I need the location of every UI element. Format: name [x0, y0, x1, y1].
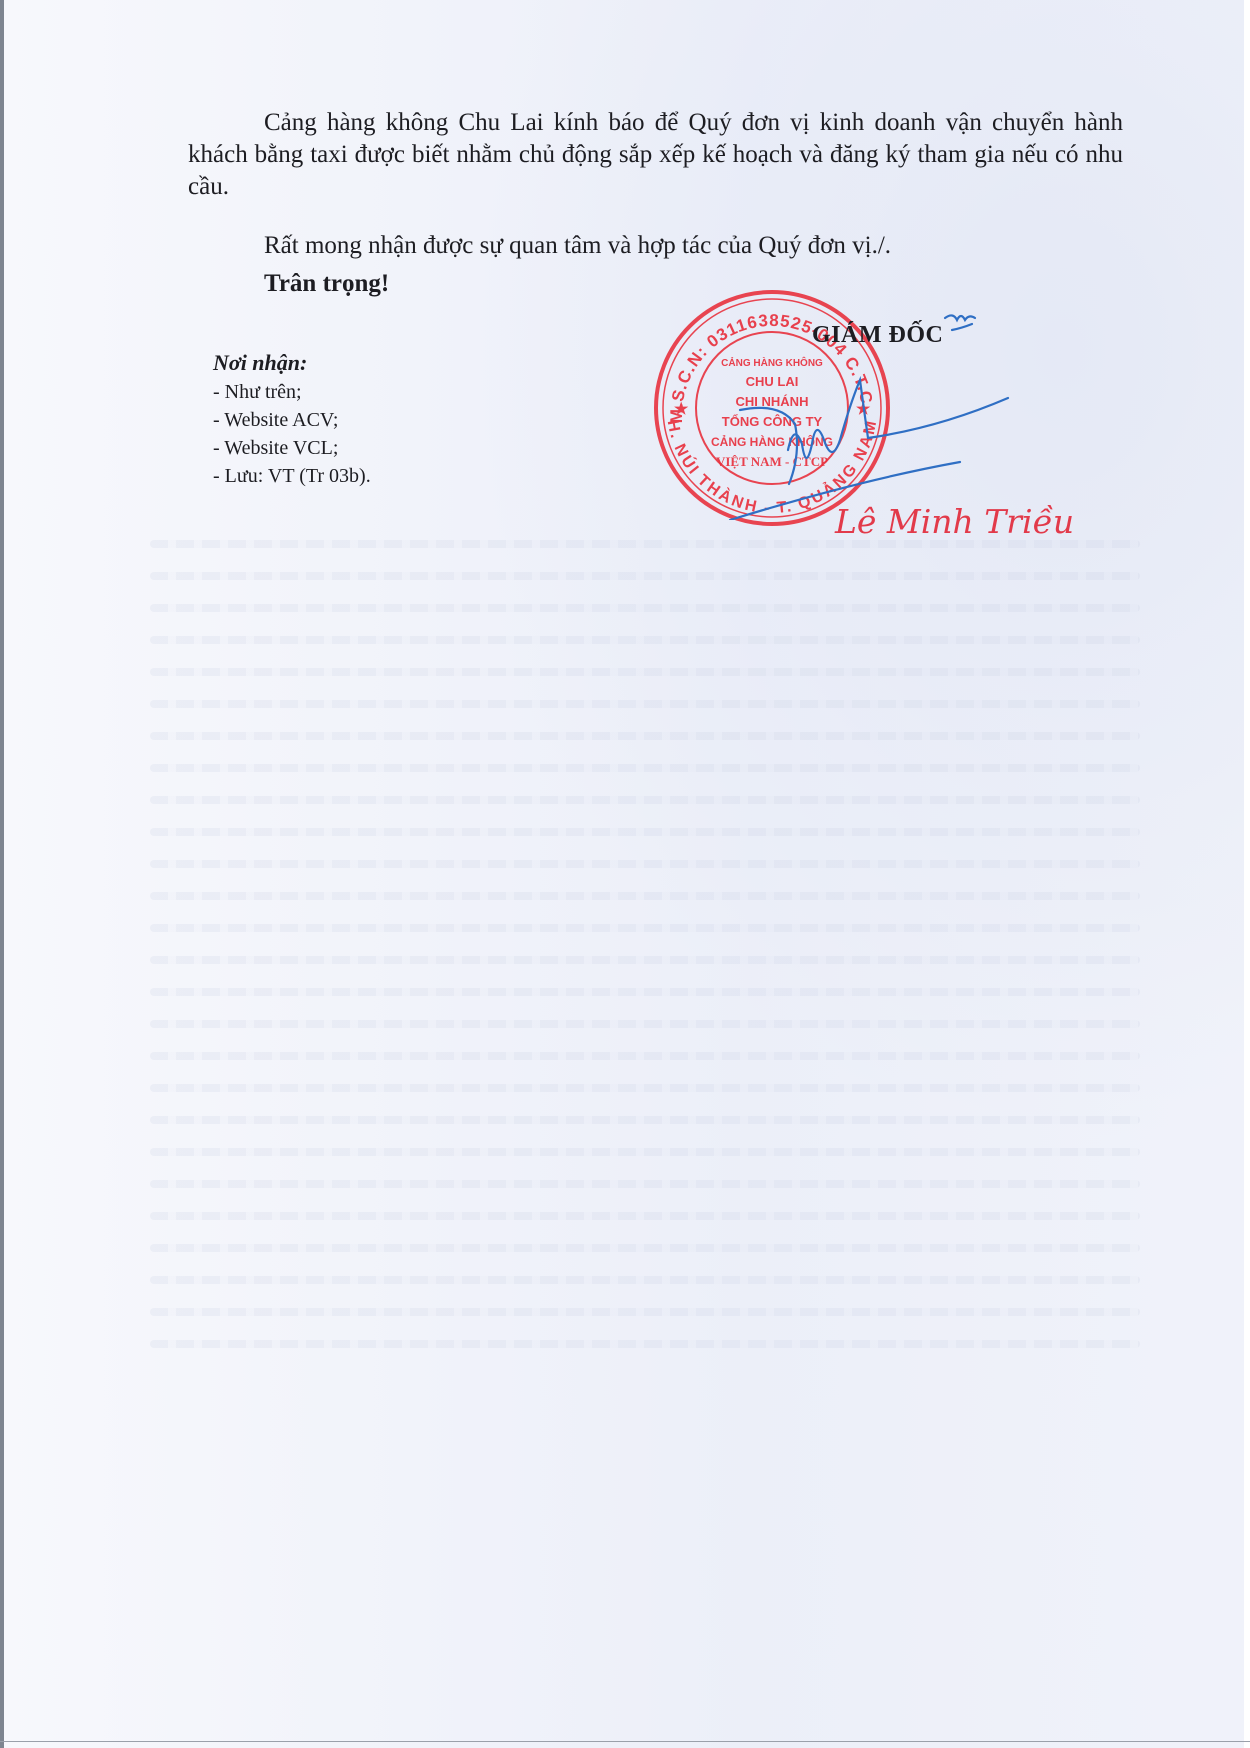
svg-text:★: ★ — [674, 401, 689, 418]
recipients-list: - Như trên; - Website ACV; - Website VCL… — [213, 378, 371, 490]
body-paragraph: Cảng hàng không Chu Lai kính báo để Quý … — [188, 107, 1123, 203]
bleed-through-text — [150, 540, 1140, 1420]
recipient-item: - Website ACV; — [213, 406, 371, 434]
handwritten-signature-icon — [700, 300, 1060, 520]
page-bottom-edge — [0, 1741, 1250, 1748]
body-paragraph: Rất mong nhận được sự quan tâm và hợp tá… — [264, 230, 891, 262]
recipient-item: - Như trên; — [213, 378, 371, 406]
recipients-title: Nơi nhận: — [213, 348, 371, 378]
closing-greeting: Trân trọng! — [264, 268, 389, 300]
scan-left-edge — [0, 0, 4, 1748]
scan-right-edge — [1244, 0, 1250, 1748]
recipient-item: - Website VCL; — [213, 434, 371, 462]
recipients-block: Nơi nhận: - Như trên; - Website ACV; - W… — [213, 348, 371, 490]
recipient-item: - Lưu: VT (Tr 03b). — [213, 462, 371, 490]
